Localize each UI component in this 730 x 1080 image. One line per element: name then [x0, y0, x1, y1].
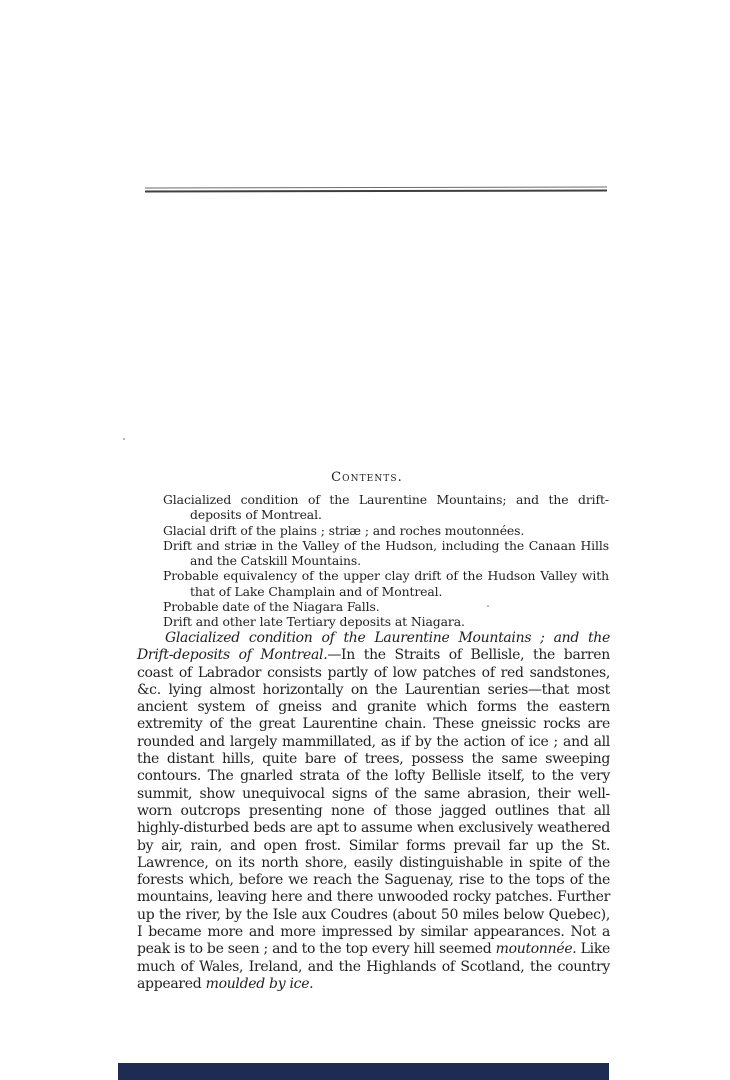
scanned-book-page: Contents. Glacialized condition of the L…: [0, 0, 730, 1080]
contents-entry: Glacialized condition of the Laurentine …: [163, 492, 609, 523]
rule-top-line: [145, 187, 607, 189]
scan-speck: [487, 605, 489, 607]
scan-speck: [123, 438, 125, 440]
contents-heading: Contents.: [137, 470, 597, 485]
article-paragraph: Glacialized condition of the Laurentine …: [137, 630, 610, 993]
contents-entry: Drift and other late Tertiary deposits a…: [163, 614, 609, 629]
contents-list: Glacialized condition of the Laurentine …: [163, 492, 609, 630]
paragraph-segment: moulded by ice.: [206, 976, 314, 992]
paragraph-segment: —In the Straits of Bellisle, the barren …: [137, 647, 610, 957]
rule-bottom-line: [145, 190, 607, 193]
contents-entry: Probable date of the Niagara Falls.: [163, 599, 609, 614]
contents-entry: Drift and striæ in the Valley of the Hud…: [163, 538, 609, 569]
scan-speck: [196, 986, 198, 988]
chapter-divider-rule: [145, 187, 607, 193]
contents-entry: Glacial drift of the plains ; striæ ; an…: [163, 523, 609, 538]
paragraph-segment: moutonnée.: [496, 941, 577, 957]
contents-entry: Probable equivalency of the upper clay d…: [163, 568, 609, 599]
scan-footer-bar: [118, 1063, 609, 1080]
